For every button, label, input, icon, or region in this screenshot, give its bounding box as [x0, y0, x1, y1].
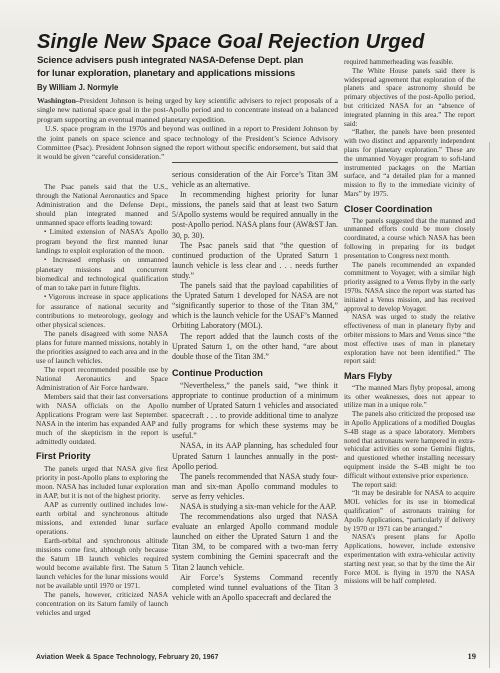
body-paragraph: The panels also criticized the proposed … — [344, 410, 475, 480]
body-paragraph: AAP as currently outlined includes low-e… — [36, 500, 168, 536]
page-edge-line — [489, 142, 490, 668]
body-paragraph: serious consideration of the Air Force’s… — [172, 170, 338, 190]
column-middle: serious consideration of the Air Force’s… — [172, 162, 338, 650]
body-paragraph: Members said that their last conversatio… — [36, 392, 168, 446]
body-paragraph: The panels recommended that NASA study f… — [172, 472, 338, 502]
body-paragraph: required hammerheading was feasible. — [344, 58, 475, 67]
body-paragraph: NASA’s present plans for Apollo Applicat… — [344, 533, 475, 586]
body-paragraph: The Psac panels said that “the question … — [172, 241, 338, 281]
body-paragraph: NASA was urged to study the relative eff… — [344, 313, 475, 366]
section-heading: Closer Coordination — [344, 205, 475, 214]
subtitle-line-1: Science advisers push integrated NASA-De… — [37, 54, 329, 67]
body-paragraph: The Psac panels said that the U.S., thro… — [36, 182, 168, 227]
body-paragraph: “It may be desirable for NASA to acquire… — [344, 489, 475, 533]
bullet-item: ▪Limited extension of NASA’s Apollo prog… — [36, 227, 168, 255]
body-paragraph: “The manned Mars flyby proposal, among i… — [344, 384, 475, 410]
body-paragraph: The recommendations also urged that NASA… — [172, 512, 338, 573]
body-paragraph: The report said: — [344, 481, 475, 490]
body-paragraph: The panels disagreed with some NASA plan… — [36, 329, 168, 365]
body-paragraph: “Rather, the panels have been presented … — [344, 128, 475, 198]
body-paragraph: “Nevertheless,” the panels said, “we thi… — [172, 381, 338, 442]
body-paragraph: The White House panels said there is wid… — [344, 67, 475, 129]
section-heading: First Priority — [36, 452, 168, 461]
bullet-item: ▪Vigorous increase in space applications… — [36, 292, 168, 329]
byline: By William J. Normyle — [37, 83, 118, 92]
column-left: The Psac panels said that the U.S., thro… — [36, 182, 168, 648]
body-paragraph: The panels suggested that the manned and… — [344, 217, 475, 261]
column-middle-items: serious consideration of the Air Force’s… — [172, 170, 338, 603]
intro-paragraph-2: U.S. space program in the 1970s and beyo… — [37, 124, 338, 162]
body-paragraph: NASA, in its AAP planning, has scheduled… — [172, 441, 338, 471]
body-paragraph: The panels urged that NASA give first pr… — [36, 464, 168, 500]
dateline: Washington– — [37, 96, 80, 105]
body-paragraph: Earth-orbital and synchronous altitude m… — [36, 536, 168, 590]
body-paragraph: In recommending highest priority for lun… — [172, 190, 338, 240]
body-paragraph: Air Force’s Systems Command recently com… — [172, 573, 338, 603]
body-paragraph: NASA is studying a six-man vehicle for t… — [172, 502, 338, 512]
page-footer: Aviation Week & Space Technology, Februa… — [36, 651, 476, 661]
intro-paragraphs: Washington–President Johnson is being ur… — [37, 96, 338, 162]
article-subtitle: Science advisers push integrated NASA-De… — [37, 54, 329, 80]
section-heading: Mars Flyby — [344, 372, 475, 381]
subtitle-line-2: for lunar exploration, planetary and app… — [37, 67, 329, 80]
body-paragraph: The report added that the launch costs o… — [172, 332, 338, 362]
bullet-square-icon: ▪ — [44, 257, 52, 263]
body-paragraph: The panels said that the payload capabil… — [172, 281, 338, 331]
intro-paragraph-1: Washington–President Johnson is being ur… — [37, 96, 338, 124]
page-number: 19 — [468, 651, 477, 661]
bullet-square-icon: ▪ — [44, 229, 49, 235]
body-paragraph: The panels recommended an expanded commi… — [344, 261, 475, 314]
bullet-square-icon: ▪ — [44, 294, 47, 300]
body-paragraph: The report recommended possible use by N… — [36, 365, 168, 392]
bullet-item: ▪Increased emphasis on unmanned planetar… — [36, 255, 168, 292]
journal-name-date: Aviation Week & Space Technology, Februa… — [36, 654, 219, 661]
column-right: required hammerheading was feasible.The … — [344, 58, 475, 652]
column-divider-rule — [172, 162, 338, 163]
section-heading: Continue Production — [172, 368, 338, 378]
magazine-page: Single New Space Goal Rejection Urged Sc… — [0, 0, 500, 673]
body-paragraph: The panels, however, criticized NASA con… — [36, 590, 168, 617]
article-title: Single New Space Goal Rejection Urged — [37, 31, 482, 54]
